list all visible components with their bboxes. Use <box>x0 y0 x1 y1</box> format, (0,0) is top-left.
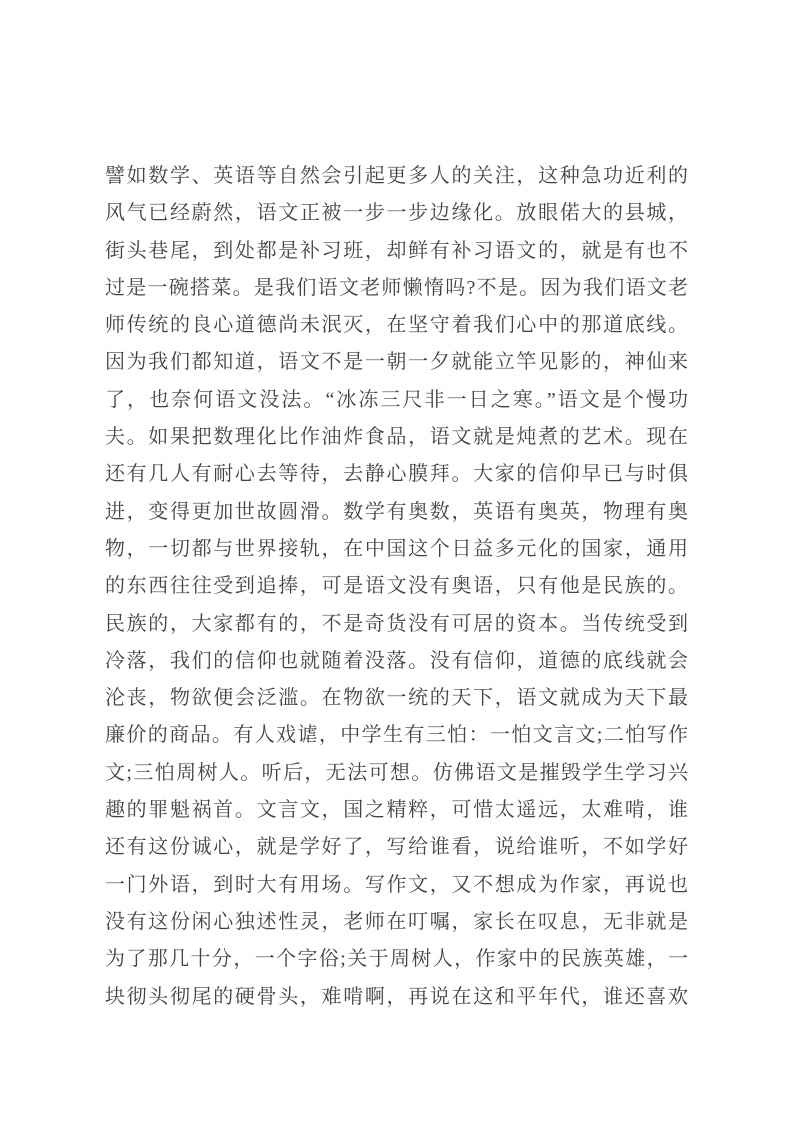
text-line: 廉价的商品。有人戏谑，中学生有三怕：一怕文言文;二怕写作 <box>105 717 688 754</box>
text-line: 没有这份闲心独述性灵，老师在叮嘱，家长在叹息，无非就是 <box>105 904 688 941</box>
text-line: 师传统的良心道德尚未泯灭，在坚守着我们心中的那道底线。 <box>105 307 688 344</box>
text-line: 譬如数学、英语等自然会引起更多人的关注，这种急功近利的 <box>105 158 688 195</box>
text-line: 民族的，大家都有的，不是奇货没有可居的资本。当传统受到 <box>105 606 688 643</box>
text-line: 物，一切都与世界接轨，在中国这个日益多元化的国家，通用 <box>105 531 688 568</box>
text-line: 的东西往往受到追捧，可是语文没有奥语，只有他是民族的。 <box>105 568 688 605</box>
text-line: 风气已经蔚然，语文正被一步一步边缘化。放眼偌大的县城， <box>105 195 688 232</box>
text-line: 夫。如果把数理化比作油炸食品，语文就是炖煮的艺术。现在 <box>105 419 688 456</box>
text-line: 进，变得更加世故圆滑。数学有奥数，英语有奥英，物理有奥 <box>105 494 688 531</box>
text-line: 还有这份诚心，就是学好了，写给谁看，说给谁听，不如学好 <box>105 829 688 866</box>
text-line: 因为我们都知道，语文不是一朝一夕就能立竿见影的，神仙来 <box>105 344 688 381</box>
text-line: 还有几人有耐心去等待，去静心膜拜。大家的信仰早已与时俱 <box>105 456 688 493</box>
paragraph-block: 譬如数学、英语等自然会引起更多人的关注，这种急功近利的 风气已经蔚然，语文正被一… <box>105 158 688 1016</box>
text-line: 了，也奈何语文没法。“冰冻三尺非一日之寒。”语文是个慢功 <box>105 382 688 419</box>
text-line: 一门外语，到时大有用场。写作文，又不想成为作家，再说也 <box>105 867 688 904</box>
text-line: 文;三怕周树人。听后，无法可想。仿佛语文是摧毁学生学习兴 <box>105 755 688 792</box>
text-line: 为了那几十分，一个字俗;关于周树人，作家中的民族英雄，一 <box>105 941 688 978</box>
text-line: 过是一碗搭菜。是我们语文老师懒惰吗?不是。因为我们语文老 <box>105 270 688 307</box>
text-line: 趣的罪魁祸首。文言文，国之精粹，可惜太遥远，太难啃，谁 <box>105 792 688 829</box>
text-line: 冷落，我们的信仰也就随着没落。没有信仰，道德的底线就会 <box>105 643 688 680</box>
text-line: 块彻头彻尾的硬骨头，难啃啊，再说在这和平年代，谁还喜欢 <box>105 979 688 1016</box>
text-line: 街头巷尾，到处都是补习班，却鲜有补习语文的，就是有也不 <box>105 233 688 270</box>
text-line: 沦丧，物欲便会泛滥。在物欲一统的天下，语文就成为天下最 <box>105 680 688 717</box>
document-page: 譬如数学、英语等自然会引起更多人的关注，这种急功近利的 风气已经蔚然，语文正被一… <box>0 0 793 1122</box>
